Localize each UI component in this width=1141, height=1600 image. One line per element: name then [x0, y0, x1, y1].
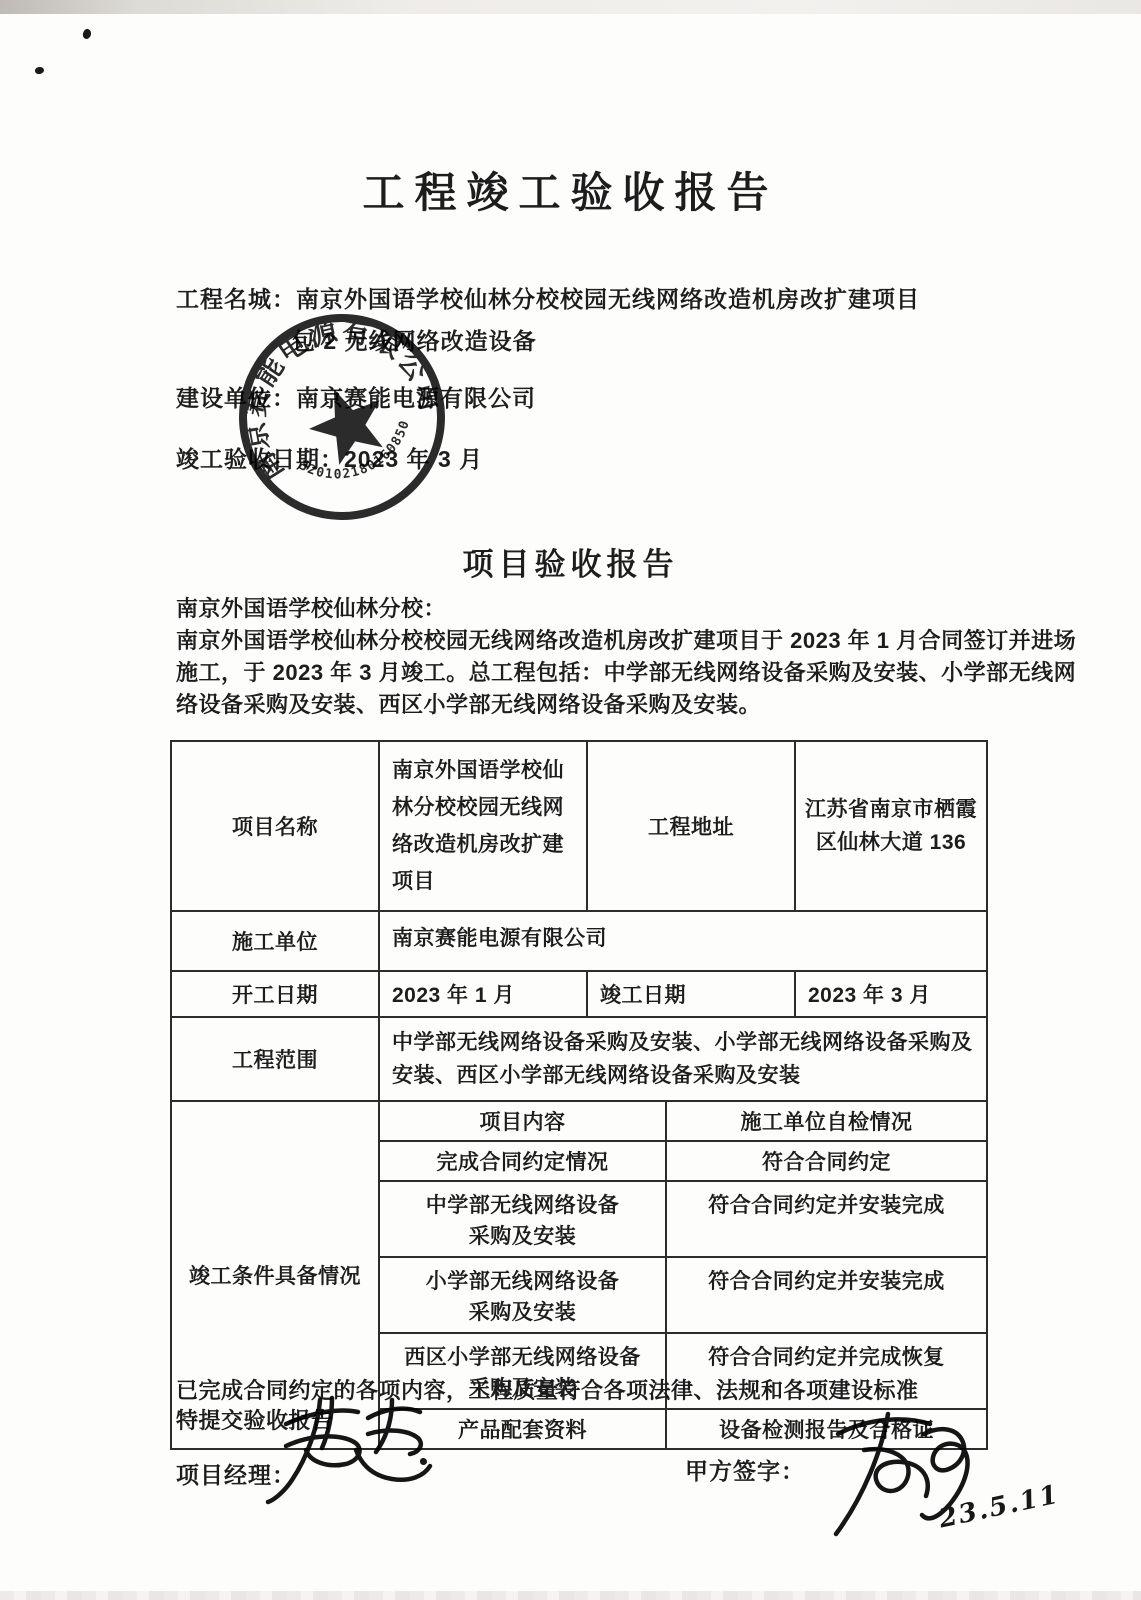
cell-status: 符合合同约定 — [666, 1141, 987, 1181]
cell-status: 符合合同约定并安装完成 — [666, 1181, 987, 1257]
company-seal-stamp: 南京赛能电源有限公司 320102180160850 — [234, 309, 450, 525]
page-title: 工程竣工验收报告 — [0, 160, 1141, 220]
cell-address-value: 江苏省南京市栖霞区仙林大道 136 — [795, 741, 987, 911]
cell-project-name-label: 项目名称 — [171, 741, 379, 911]
cell-start-date-label: 开工日期 — [171, 971, 379, 1017]
cell-item-line1: 中学部无线网络设备 — [386, 1190, 659, 1221]
cell-item-line1: 西区小学部无线网络设备 — [386, 1342, 659, 1373]
cell-scope-label: 工程范围 — [171, 1017, 379, 1101]
intro-line-2: 施工，于 2023 年 3 月竣工。总工程包括：中学部无线网络设备采购及安装、小… — [176, 656, 1076, 687]
scan-edge-top — [0, 0, 1141, 14]
cell-item-line2: 采购及安装 — [386, 1221, 659, 1252]
intro-line-1: 南京外国语学校仙林分校校园无线网络改造机房改扩建项目于 2023 年 1 月合同… — [176, 624, 1076, 655]
scan-edge-bottom — [0, 1591, 1141, 1600]
intro-salutation: 南京外国语学校仙林分校： — [176, 592, 446, 623]
cell-item: 中学部无线网络设备 采购及安装 — [379, 1181, 666, 1257]
cell-item-line1: 小学部无线网络设备 — [386, 1266, 659, 1297]
intro-line-3: 络设备采购及安装、西区小学部无线网络设备采购及安装。 — [176, 688, 761, 719]
cell-scope-value: 中学部无线网络设备采购及安装、小学部无线网络设备采购及安装、西区小学部无线网络设… — [379, 1017, 987, 1101]
party-a-label: 甲方签字： — [685, 1453, 805, 1486]
cell-finish-date-label: 竣工日期 — [587, 971, 795, 1017]
cell-address-label: 工程地址 — [587, 741, 795, 911]
cell-contractor-label: 施工单位 — [171, 911, 379, 971]
cell-finish-date-value: 2023 年 3 月 — [795, 971, 987, 1017]
cell-item: 完成合同约定情况 — [379, 1141, 666, 1181]
cell-project-name-value: 南京外国语学校仙林分校校园无线网络改造机房改扩建项目 — [379, 741, 587, 911]
cell-subheader-status: 施工单位自检情况 — [666, 1101, 987, 1141]
ink-dot-after-signature — [420, 1458, 427, 1465]
section-title: 项目验收报告 — [0, 539, 1141, 584]
ink-speck — [82, 28, 93, 40]
cell-status: 符合合同约定并安装完成 — [666, 1257, 987, 1333]
project-manager-signature — [262, 1392, 437, 1512]
acceptance-report-table: 项目名称 南京外国语学校仙林分校校园无线网络改造机房改扩建项目 工程地址 江苏省… — [170, 740, 988, 1450]
scanned-report-page: 工程竣工验收报告 工程名城：南京外国语学校仙林分校校园无线网络改造机房改扩建项目… — [0, 0, 1141, 1600]
ink-speck — [34, 66, 45, 75]
cell-subheader-item: 项目内容 — [379, 1101, 666, 1141]
table-row-subheader: 竣工条件具备情况 项目内容 施工单位自检情况 — [171, 1101, 987, 1141]
table-row-scope: 工程范围 中学部无线网络设备采购及安装、小学部无线网络设备采购及安装、西区小学部… — [171, 1017, 987, 1101]
cell-item: 小学部无线网络设备 采购及安装 — [379, 1257, 666, 1333]
table-row-dates: 开工日期 2023 年 1 月 竣工日期 2023 年 3 月 — [171, 971, 987, 1017]
cell-contractor-value: 南京赛能电源有限公司 — [379, 911, 987, 971]
table-row-contractor: 施工单位 南京赛能电源有限公司 — [171, 911, 987, 971]
cell-item-line2: 采购及安装 — [386, 1297, 659, 1328]
table-row-project: 项目名称 南京外国语学校仙林分校校园无线网络改造机房改扩建项目 工程地址 江苏省… — [171, 741, 987, 911]
cell-start-date-value: 2023 年 1 月 — [379, 971, 587, 1017]
